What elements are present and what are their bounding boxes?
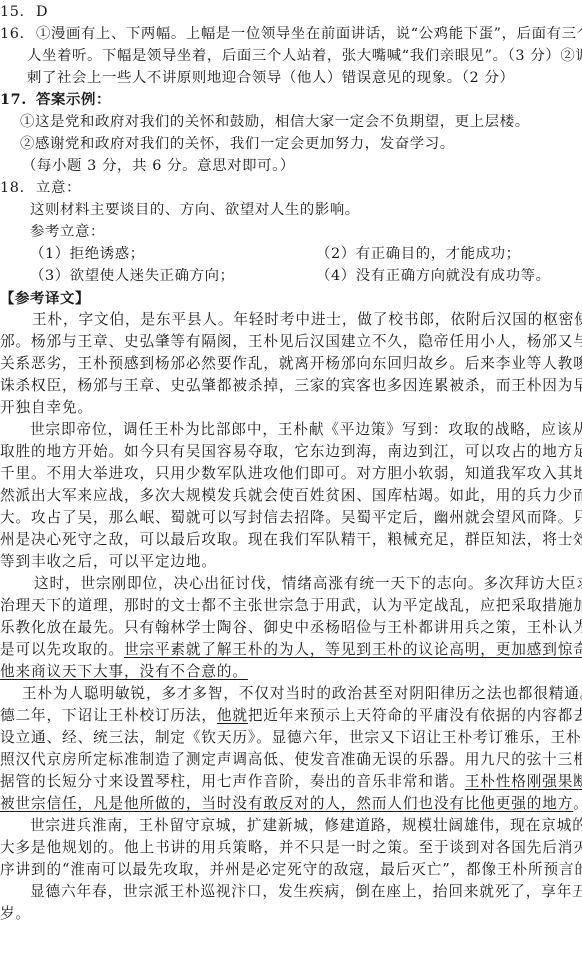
answer-16-line-2: 人坐着听。下幅是领导坐着，后面三个人站着，张大嘴喊“我们亲眼见”。（3 分）②讽 (27, 46, 582, 66)
p1-line-3: 关系恶劣，王朴预感到杨邠必然要作乱，就离开杨邠向东回归故乡。后来李业等人教唆隐帝 (0, 354, 582, 374)
p2-line-7: 等到丰收之后，可以平定边地。 (0, 552, 217, 572)
answer-15: 15.D (0, 2, 48, 22)
p5-line-2: 大多是他规划的。他上书讲的用兵策略，并不只是一时之策。至于谈到对各国先后消灭的次 (0, 838, 582, 858)
p3-line-1: 这时，世宗刚即位，决心出征讨伐，情绪高涨有统一天下的志向。多次拜访大臣求问 (34, 574, 582, 594)
p3-line-4: 是可以先攻取的。世宗平素就了解王朴的为人，等见到王朴的议论高明，更加感到惊奇，召 (0, 640, 582, 660)
answer-16-line-1: 16.①漫画有上、下两幅。上幅是一位领导坐在前面讲话，说“公鸡能下蛋”，后面有三… (0, 24, 582, 44)
p5-line-3: 序讲到的“淮南可以最先攻取，并州是必定死守的敌寇，最后灭亡”，都像王朴所预言的。 (0, 860, 582, 880)
answer-17-note: （每小题 3 分，共 6 分。意思对即可。） (22, 156, 295, 176)
p4-line-2: 德二年，下诏让王朴校订历法，他就把近年来预示上天符命的平庸没有依据的内容都去掉， (0, 706, 582, 726)
question-number: 18. (0, 178, 36, 198)
answer-17-heading: 17.答案示例： (0, 90, 111, 110)
p4-line-5: 据管的长短分寸来设置琴柱，用七声作音阶，奏出的音乐非常和谐。王朴性格刚强果断，又 (0, 772, 582, 792)
option-4: （4）没有正确方向就没有成功等。 (316, 266, 551, 286)
answer-18-summary: 这则材料主要谈目的、方向、欲望对人生的影响。 (30, 200, 360, 220)
p3-line-2: 治理天下的道理，那时的文士都不主张世宗急于用武，认为平定战乱，应把采取措施加强礼 (0, 596, 582, 616)
question-number: 17. (0, 90, 36, 110)
underlined-key-sentence: 他来商议天下大事，没有不合意的。 (0, 663, 248, 680)
p5-line-1: 世宗进兵淮南，王朴留守京城，扩建新城，修建道路，规模壮阔雄伟，现在京城的规制， (30, 816, 582, 836)
answer-18-heading: 18.立意： (0, 178, 81, 198)
answer-16-line-3: 刺了社会上一些人不讲原则地迎合领导（他人）错误意见的现象。（2 分） (27, 68, 514, 88)
p4-line-3: 设立通、经、统三法，制定《钦天历》。显德六年，世宗又下诏让王朴考订雅乐，王朴就依 (0, 728, 582, 748)
answer-18-options-row-1: （1）拒绝诱惑； （2）有正确目的，才能成功； (30, 244, 582, 264)
question-number: 16. (0, 24, 36, 44)
underlined-key-sentence: 王朴性格刚强果断，又 (465, 773, 582, 790)
option-3: （3）欲望使人迷失正确方向； (30, 268, 235, 284)
underlined-key-sentence: 被世宗信任，凡是他所做的，当时没有敢反对的人，然而人们也没有比他更强的地方 (0, 795, 573, 812)
p2-line-1: 世宗即帝位，调任王朴为比部郎中，王朴献《平边策》写到：攻取的战略，应该从容易 (30, 420, 582, 440)
question-number: 15. (0, 2, 36, 22)
underlined-word: 他就 (217, 707, 248, 724)
p1-line-4: 诛杀权臣，杨邠与王章、史弘肇都被杀掉，三家的宾客也多因连累被杀，而王朴因为早已离 (0, 376, 582, 396)
p2-line-6: 州是决心死守之敌，可以最后攻取。现在我们军队精干，粮械充足，群臣知法，将士效忠， (0, 530, 582, 550)
answer-18-ref-label: 参考立意： (30, 222, 105, 242)
answer-17-item-2: ②感谢党和政府对我们的关怀，我们一定会更加努力，发奋学习。 (20, 134, 455, 154)
p1-line-1: 王朴，字文伯，是东平县人。年轻时考中进士，做了校书郎，依附后汉国的枢密使杨 (32, 310, 582, 330)
p2-line-2: 取胜的地方开始。如今只有吴国容易夺取，它东边到海，南边到江，可以攻占的地方足有二 (0, 442, 582, 462)
p3-line-3: 乐教化放在最先。只有翰林学士陶谷、御史中丞杨昭俭与王朴都讲用兵之策，王朴认为江淮 (0, 618, 582, 638)
p4-line-6: 被世宗信任，凡是他所做的，当时没有敢反对的人，然而人们也没有比他更强的地方。 (0, 794, 582, 814)
p6-line-1: 显德六年春，世宗派王朴巡视汴口，发生疾病，倒在座上，抬回来就死了，享年五十四 (30, 882, 582, 902)
p4-line-4: 照汉代京房所定标准制造了测定声调高低、使发音准确无误的乐器。用九尺的弦十三根，依 (0, 750, 582, 770)
p1-line-5: 开独自幸免。 (0, 398, 93, 418)
p1-line-2: 邠。杨邠与王章、史弘肇等有隔阂，王朴见后汉国建立不久，隐帝任用小人，杨邠又与将相 (0, 332, 582, 352)
p2-line-3: 千里。不用大举进攻，只用少数军队进攻他们即可。对方胆小软弱，知道我军攻入其地，必 (0, 464, 582, 484)
option-2: （2）有正确目的，才能成功； (316, 244, 521, 264)
p2-line-4: 然派出大军来应战，多次大规模发兵就会使百姓贫困、国库枯竭。如此，用的兵力少而收获 (0, 486, 582, 506)
underlined-key-sentence: 世宗平素就了解王朴的为人，等见到王朴的议论高明，更加感到惊奇，召 (124, 641, 582, 658)
p3-line-5: 他来商议天下大事，没有不合意的。 (0, 662, 248, 682)
answer-17-item-1: ①这是党和政府对我们的关怀和鼓励，相信大家一定会不负期望，更上层楼。 (20, 112, 530, 132)
p2-line-5: 大。攻占了吴，那么岷、蜀就可以写封信去招降。吴蜀平定后，幽州就会望风而降。只有并 (0, 508, 582, 528)
option-1: （1）拒绝诱惑； (30, 246, 145, 262)
translation-title: 【参考译文】 (0, 289, 90, 309)
answer-18-options-row-2: （3）欲望使人迷失正确方向； （4）没有正确方向就没有成功等。 (30, 266, 582, 286)
answer-text: D (36, 4, 48, 20)
p6-line-2: 岁。 (0, 904, 31, 924)
p4-line-1: 王朴为人聪明敏锐，多才多智，不仅对当时的政治甚至对阴阳律历之法也都很精通。显 (22, 684, 582, 704)
